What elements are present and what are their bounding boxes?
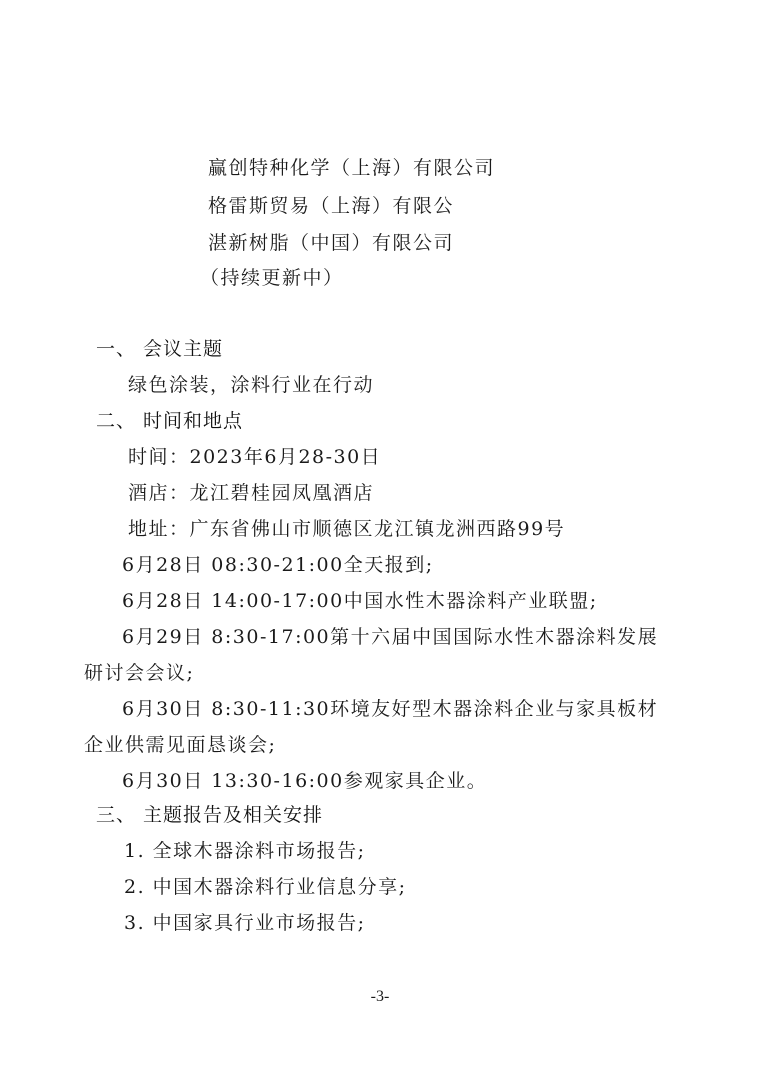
section-heading-theme: 一、 会议主题 bbox=[96, 337, 223, 361]
updating-note: （持续更新中） bbox=[200, 266, 344, 290]
report-item: 2. 中国木器涂料行业信息分享; bbox=[124, 875, 407, 899]
report-item: 1. 全球木器涂料市场报告; bbox=[124, 839, 366, 863]
schedule-item: 6月28日 14:00-17:00中国水性木器涂料产业联盟; bbox=[122, 589, 598, 613]
theme-text: 绿色涂装，涂料行业在行动 bbox=[128, 373, 374, 397]
schedule-item: 6月30日 13:30-16:00参观家具企业。 bbox=[122, 769, 487, 793]
section-heading-reports: 三、 主题报告及相关安排 bbox=[96, 803, 323, 827]
schedule-item: 6月28日 08:30-21:00全天报到; bbox=[122, 553, 434, 577]
schedule-item: 6月30日 8:30-11:30环境友好型木器涂料企业与家具板材 bbox=[122, 697, 658, 721]
time-text: 时间：2023年6月28-30日 bbox=[128, 445, 381, 469]
schedule-item: 6月29日 8:30-17:00第十六届中国国际水性木器涂料发展 bbox=[122, 625, 658, 649]
hotel-text: 酒店：龙江碧桂园凤凰酒店 bbox=[128, 481, 374, 505]
company-item: 湛新树脂（中国）有限公司 bbox=[208, 231, 454, 255]
company-item: 赢创特种化学（上海）有限公司 bbox=[208, 156, 495, 180]
schedule-item-continued: 研讨会会议; bbox=[84, 661, 194, 685]
page-number: -3- bbox=[0, 988, 760, 1006]
company-item: 格雷斯贸易（上海）有限公 bbox=[208, 194, 454, 218]
address-text: 地址：广东省佛山市顺德区龙江镇龙洲西路99号 bbox=[128, 517, 565, 541]
section-heading-time-place: 二、 时间和地点 bbox=[96, 409, 243, 433]
schedule-item-continued: 企业供需见面恳谈会; bbox=[84, 733, 276, 757]
report-item: 3. 中国家具行业市场报告; bbox=[124, 911, 366, 935]
